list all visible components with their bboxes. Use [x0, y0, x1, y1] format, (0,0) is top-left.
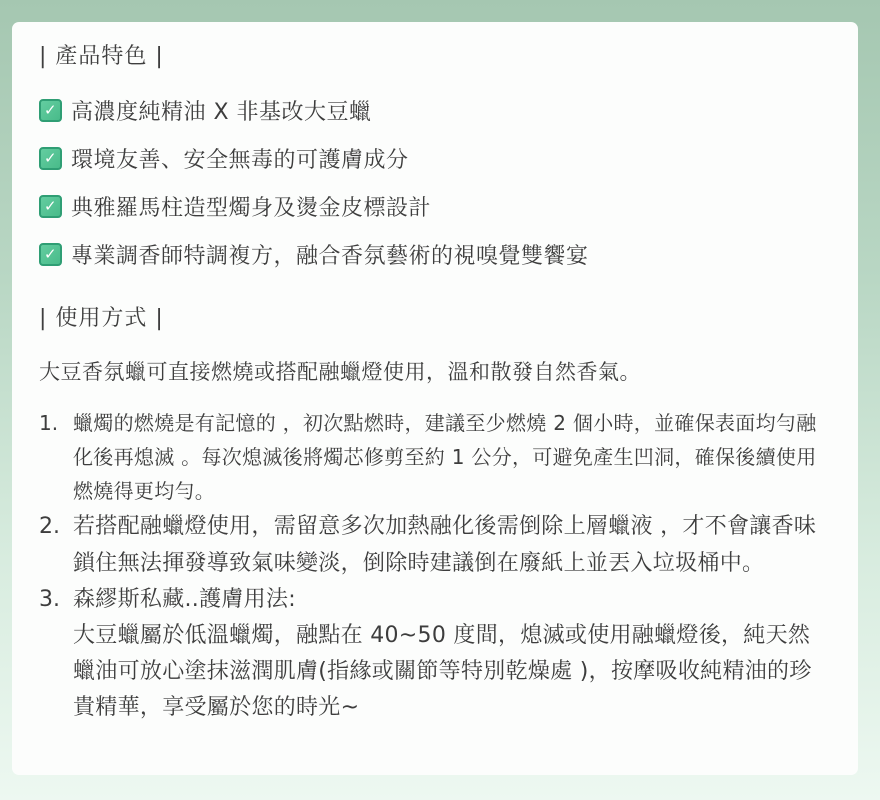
usage-intro-text: 大豆香氛蠟可直接燃燒或搭配融蠟燈使用，溫和散發自然香氣。 [39, 358, 828, 386]
step-number: 2. [39, 508, 73, 545]
checkmark-icon: ✓ [39, 243, 62, 266]
step-number: 3. [39, 582, 73, 618]
step-text: 若搭配融蠟燈使用，需留意多次加熱融化後需倒除上層蠟液 ，才不會讓香味鎖住無法揮發… [73, 508, 828, 582]
feature-item: ✓ 專業調香師特調複方，融合香氛藝術的視嗅覺雙饗宴 [39, 241, 828, 267]
usage-step: 2. 若搭配融蠟燈使用，需留意多次加熱融化後需倒除上層蠟液 ，才不會讓香味鎖住無… [39, 508, 828, 582]
feature-item-label: 典雅羅馬柱造型燭身及燙金皮標設計 [71, 191, 431, 222]
checkmark-icon: ✓ [39, 99, 62, 122]
features-section-heading: | 產品特色 | [39, 43, 828, 71]
product-description-card: | 產品特色 | ✓ 高濃度純精油 X 非基改大豆蠟 ✓ 環境友善、安全無毒的可… [12, 22, 858, 775]
usage-section-heading: | 使用方式 | [39, 305, 828, 333]
checkmark-icon: ✓ [39, 147, 62, 170]
step-text: 蠟燭的燃燒是有記憶的 ，初次點燃時，建議至少燃燒 2 個小時，並確保表面均勻融化… [73, 406, 828, 508]
step-number: 1. [39, 406, 73, 440]
feature-item-label: 專業調香師特調複方，融合香氛藝術的視嗅覺雙饗宴 [71, 239, 589, 270]
step-text: 森繆斯私藏..護膚用法: 大豆蠟屬於低溫蠟燭，融點在 40~50 度間，熄滅或使… [73, 582, 828, 726]
feature-item: ✓ 典雅羅馬柱造型燭身及燙金皮標設計 [39, 193, 828, 219]
usage-step: 3. 森繆斯私藏..護膚用法: 大豆蠟屬於低溫蠟燭，融點在 40~50 度間，熄… [39, 582, 828, 726]
feature-item: ✓ 環境友善、安全無毒的可護膚成分 [39, 145, 828, 171]
usage-step: 1. 蠟燭的燃燒是有記憶的 ，初次點燃時，建議至少燃燒 2 個小時，並確保表面均… [39, 406, 828, 508]
feature-list: ✓ 高濃度純精油 X 非基改大豆蠟 ✓ 環境友善、安全無毒的可護膚成分 ✓ 典雅… [39, 97, 828, 267]
feature-item-label: 高濃度純精油 X 非基改大豆蠟 [71, 95, 372, 126]
usage-steps-list: 1. 蠟燭的燃燒是有記憶的 ，初次點燃時，建議至少燃燒 2 個小時，並確保表面均… [39, 406, 828, 726]
checkmark-icon: ✓ [39, 195, 62, 218]
feature-item-label: 環境友善、安全無毒的可護膚成分 [71, 143, 409, 174]
feature-item: ✓ 高濃度純精油 X 非基改大豆蠟 [39, 97, 828, 123]
